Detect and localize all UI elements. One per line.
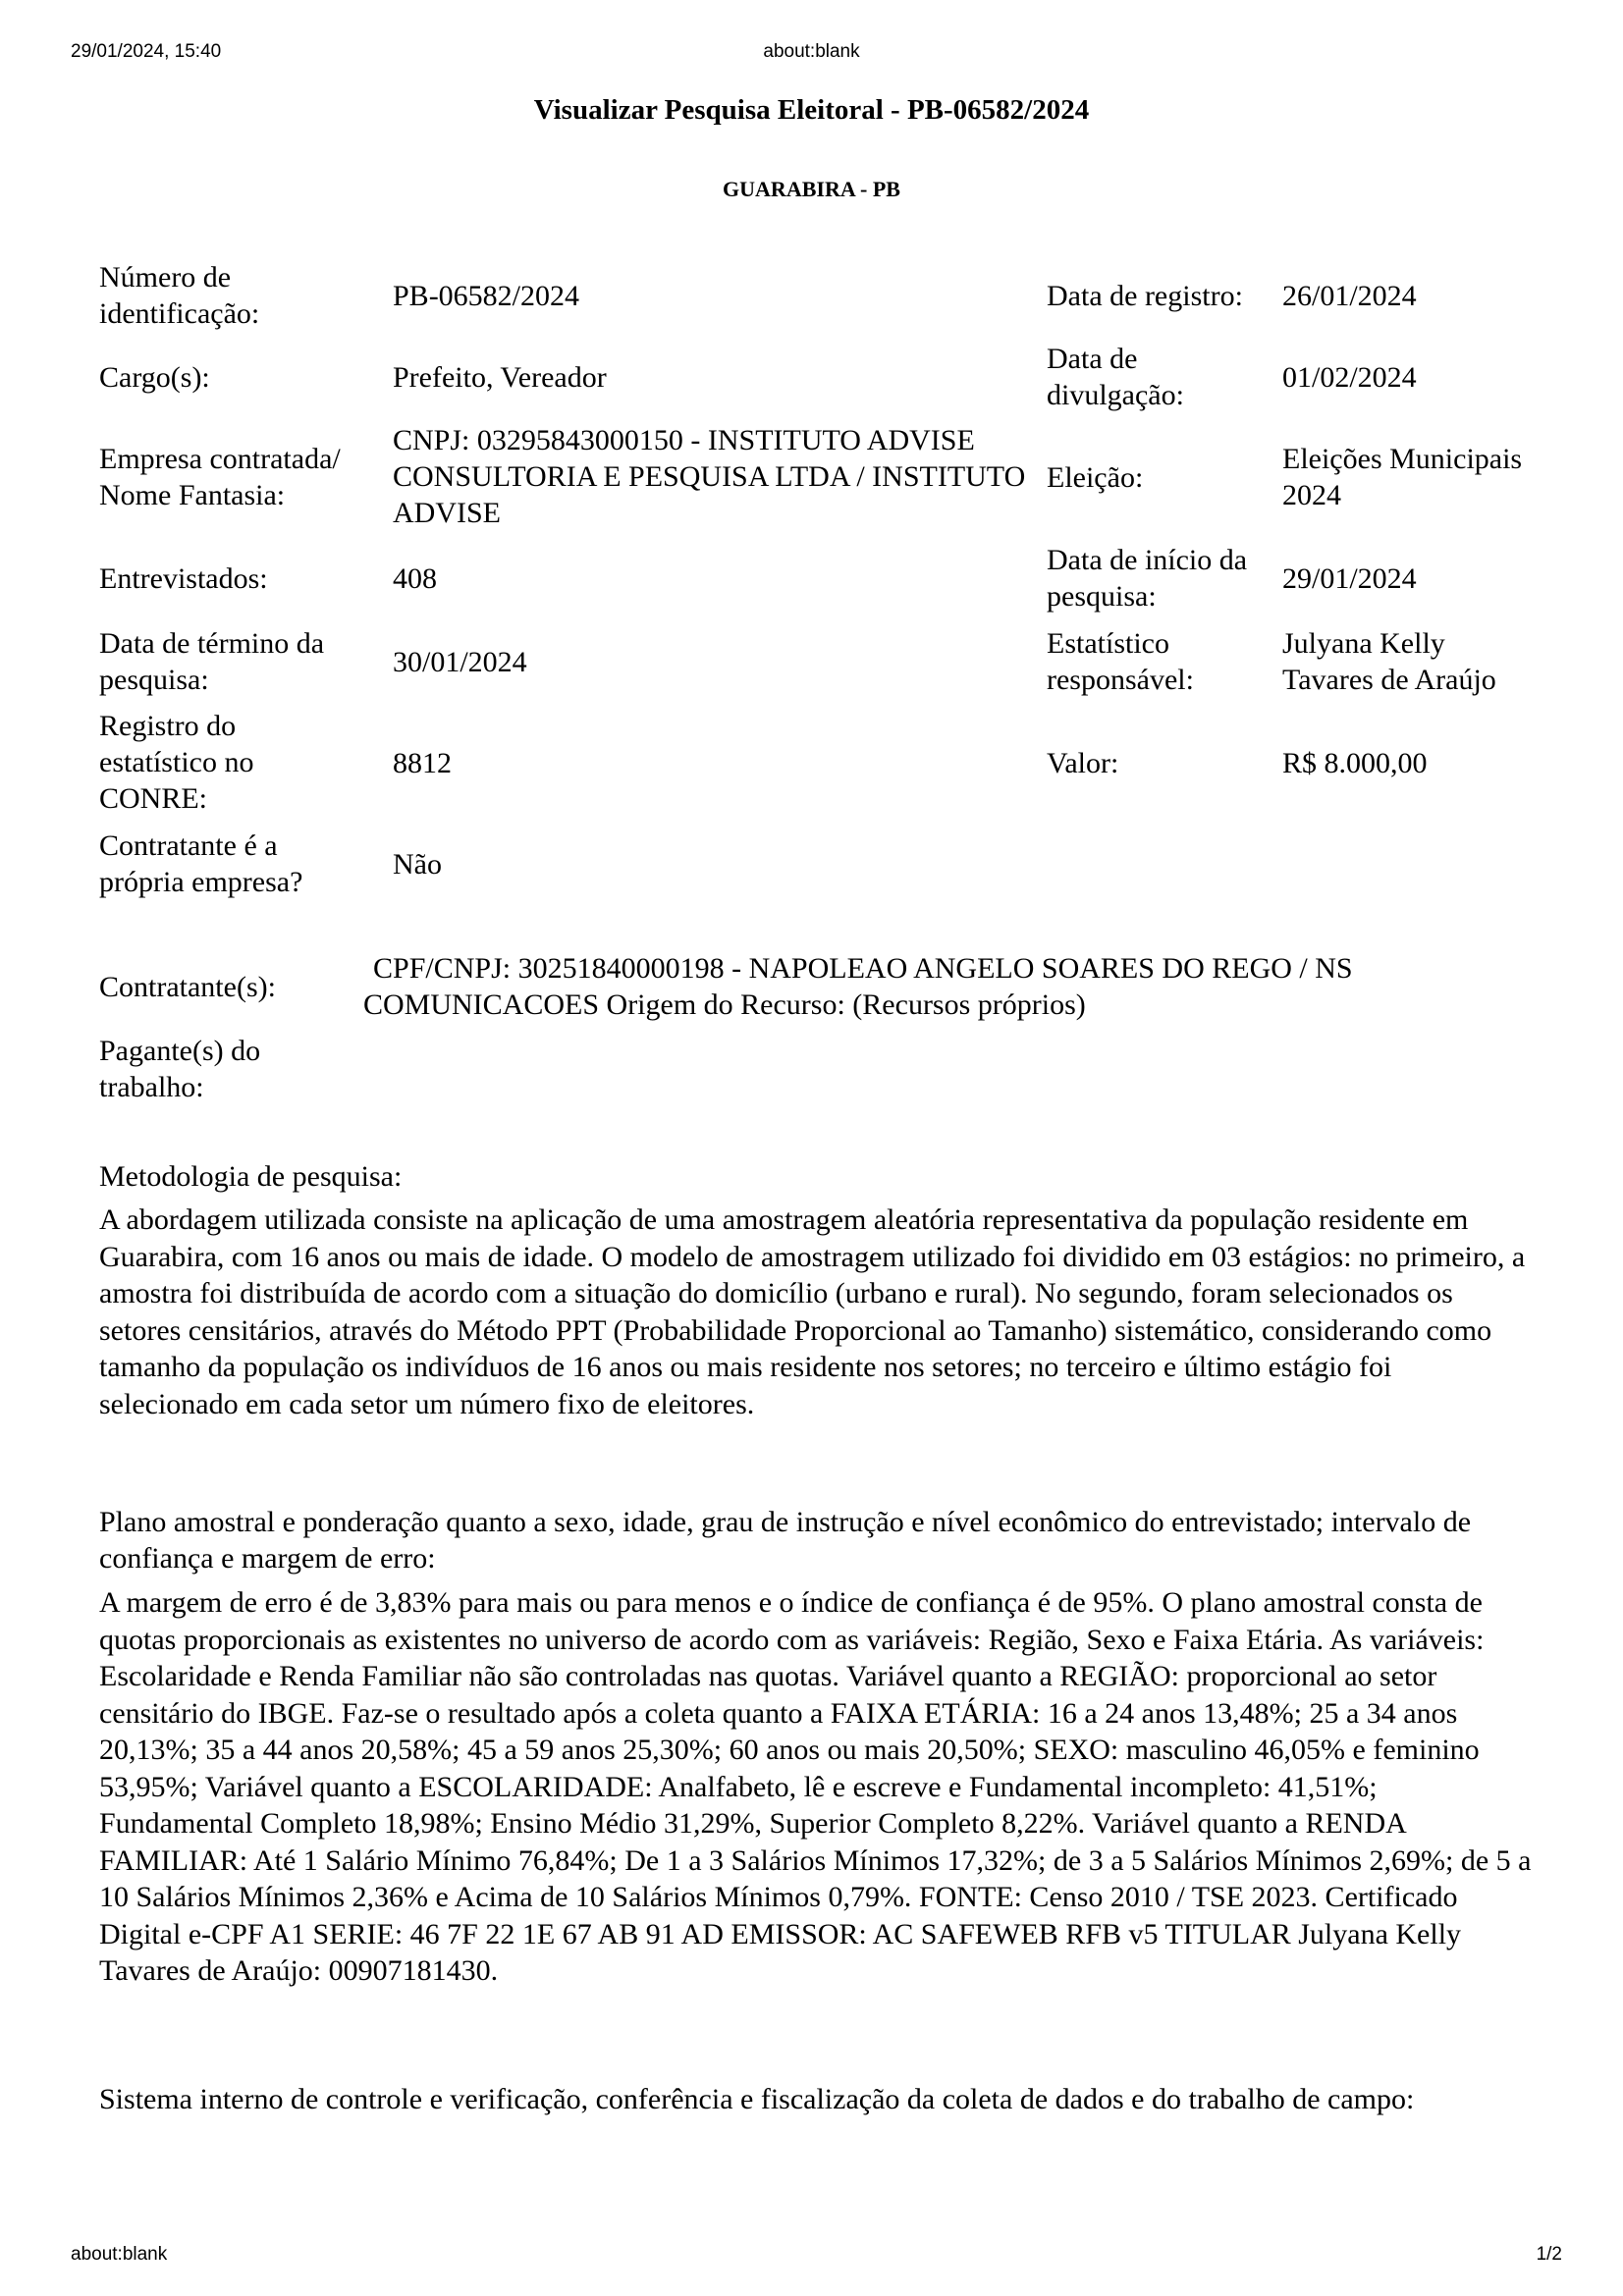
value-contratantes: CPF/CNPJ: 30251840000198 - NAPOLEAO ANGE… bbox=[363, 950, 1542, 1023]
value-estatistico: Julyana Kelly Tavares de Araújo bbox=[1282, 625, 1538, 698]
label-estatistico: Estatístico responsável: bbox=[1047, 625, 1243, 698]
label-eleicao: Eleição: bbox=[1047, 459, 1243, 496]
value-contratante-propria: Não bbox=[393, 846, 1021, 882]
label-registro-conre: Registro do estatístico no CONRE: bbox=[99, 708, 296, 817]
text-plano-amostral: A margem de erro é de 3,83% para mais ou… bbox=[99, 1584, 1533, 1990]
value-valor: R$ 8.000,00 bbox=[1282, 745, 1596, 781]
page-number: 1/2 bbox=[1537, 2244, 1562, 2266]
label-empresa: Empresa contratada/ Nome Fantasia: bbox=[99, 441, 384, 513]
label-pagantes: Pagante(s) do trabalho: bbox=[99, 1033, 315, 1105]
value-cargos: Prefeito, Vereador bbox=[393, 359, 1021, 396]
label-entrevistados: Entrevistados: bbox=[99, 561, 354, 597]
label-metodologia: Metodologia de pesquisa: bbox=[99, 1158, 1523, 1195]
footer-url: about:blank bbox=[71, 2244, 167, 2266]
label-contratante-propria: Contratante é a própria empresa? bbox=[99, 828, 364, 900]
value-entrevistados: 408 bbox=[393, 561, 1021, 597]
label-data-divulgacao: Data de divulgação: bbox=[1047, 341, 1243, 413]
label-data-termino: Data de término da pesquisa: bbox=[99, 625, 384, 698]
label-contratantes: Contratante(s): bbox=[99, 969, 354, 1005]
page-subtitle: GUARABIRA - PB bbox=[0, 177, 1623, 202]
value-eleicao: Eleições Municipais 2024 bbox=[1282, 441, 1538, 513]
label-data-inicio: Data de início da pesquisa: bbox=[1047, 542, 1282, 614]
label-cargos: Cargo(s): bbox=[99, 359, 354, 396]
print-url: about:blank bbox=[0, 41, 1623, 63]
value-registro-conre: 8812 bbox=[393, 745, 1021, 781]
value-empresa: CNPJ: 03295843000150 - INSTITUTO ADVISE … bbox=[393, 422, 1041, 531]
print-header: 29/01/2024, 15:40 about:blank bbox=[0, 41, 1623, 65]
label-numero-identificacao: Número de identificação: bbox=[99, 259, 354, 332]
page-title: Visualizar Pesquisa Eleitoral - PB-06582… bbox=[0, 94, 1623, 127]
value-data-divulgacao: 01/02/2024 bbox=[1282, 359, 1596, 396]
value-numero-identificacao: PB-06582/2024 bbox=[393, 278, 1021, 314]
label-sistema-controle: Sistema interno de controle e verificaçã… bbox=[99, 2081, 1523, 2117]
label-plano-amostral: Plano amostral e ponderação quanto a sex… bbox=[99, 1504, 1523, 1576]
value-data-registro: 26/01/2024 bbox=[1282, 278, 1596, 314]
print-footer: about:blank 1/2 bbox=[0, 2244, 1623, 2268]
text-metodologia: A abordagem utilizada consiste na aplica… bbox=[99, 1201, 1533, 1422]
value-data-inicio: 29/01/2024 bbox=[1282, 561, 1596, 597]
label-data-registro: Data de registro: bbox=[1047, 278, 1282, 314]
value-data-termino: 30/01/2024 bbox=[393, 644, 1021, 680]
label-valor: Valor: bbox=[1047, 745, 1243, 781]
